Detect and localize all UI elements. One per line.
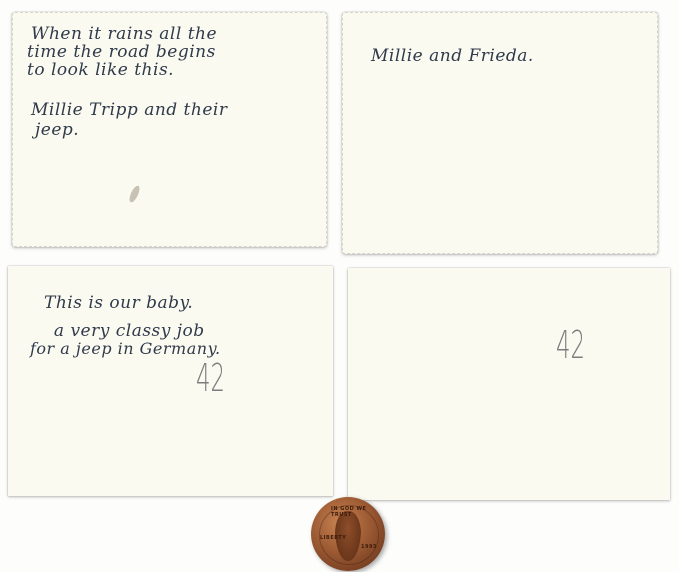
photo-bottom-right: 42 [348,268,670,500]
photo-top-left: When it rains all the time the road begi… [12,12,327,247]
caption-line-6: jeep. [35,121,79,139]
coin-motto: IN GOD WE TRUST [331,506,385,518]
caption-line-3: to look like this. [27,61,174,79]
paper-stain [128,184,142,203]
pencil-number: 42 [556,323,585,367]
caption-line-2: time the road begins [27,43,216,61]
penny-coin: IN GOD WE TRUST LIBERTY 1993 [311,497,385,571]
coin-year: 1993 [361,544,377,550]
coin-liberty: LIBERTY [320,535,346,541]
caption-line-5: Millie Tripp and their [31,101,227,119]
caption-line-1: Millie and Frieda. [371,47,534,65]
caption-line-3: for a jeep in Germany. [30,340,221,358]
pencil-number: 42 [196,356,225,400]
caption-line-1: When it rains all the [31,25,217,43]
photo-top-right: Millie and Frieda. [342,12,658,254]
caption-line-2: a very classy job [48,322,205,340]
caption-line-1: This is our baby. [44,294,193,312]
photo-bottom-left: This is our baby. a very classy job for … [8,266,333,496]
